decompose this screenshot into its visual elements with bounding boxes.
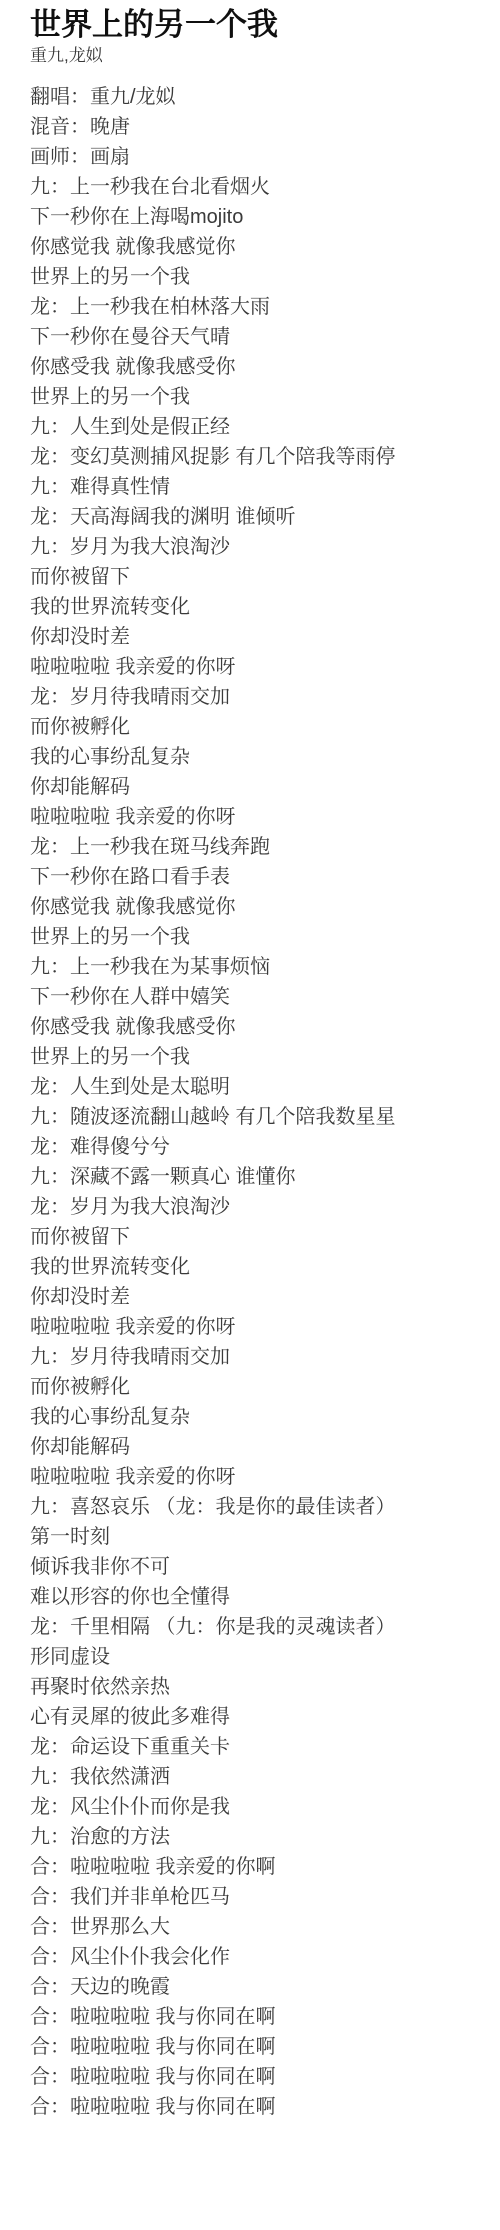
lyric-line: 世界上的另一个我 — [30, 382, 480, 412]
lyric-line: 再聚时依然亲热 — [30, 1672, 480, 1702]
lyric-line: 下一秒你在人群中嬉笑 — [30, 982, 480, 1012]
lyric-line: 龙：岁月待我晴雨交加 — [30, 682, 480, 712]
lyric-line: 合：啦啦啦啦 我与你同在啊 — [30, 2092, 480, 2122]
lyric-line: 龙：风尘仆仆而你是我 — [30, 1792, 480, 1822]
lyric-line: 难以形容的你也全懂得 — [30, 1582, 480, 1612]
lyric-line: 龙：命运设下重重关卡 — [30, 1732, 480, 1762]
artists-line: 重九,龙姒 — [30, 44, 480, 68]
lyric-line: 九：难得真性情 — [30, 472, 480, 502]
lyrics-list: 翻唱：重九/龙姒混音：晚唐画师：画扇九：上一秒我在台北看烟火下一秒你在上海喝mo… — [30, 82, 480, 2122]
lyric-line: 世界上的另一个我 — [30, 922, 480, 952]
lyric-line: 画师：画扇 — [30, 142, 480, 172]
lyric-line: 九：随波逐流翻山越岭 有几个陪我数星星 — [30, 1102, 480, 1132]
lyric-line: 我的心事纷乱复杂 — [30, 1402, 480, 1432]
lyric-line: 你却没时差 — [30, 622, 480, 652]
lyric-line: 九：上一秒我在为某事烦恼 — [30, 952, 480, 982]
lyric-line: 合：啦啦啦啦 我与你同在啊 — [30, 2002, 480, 2032]
lyric-line: 九：治愈的方法 — [30, 1822, 480, 1852]
lyric-line: 我的世界流转变化 — [30, 1252, 480, 1282]
lyric-line: 龙：岁月为我大浪淘沙 — [30, 1192, 480, 1222]
lyric-line: 你感受我 就像我感受你 — [30, 1012, 480, 1042]
lyric-line: 第一时刻 — [30, 1522, 480, 1552]
lyric-line: 合：我们并非单枪匹马 — [30, 1882, 480, 1912]
lyric-line: 龙：上一秒我在柏林落大雨 — [30, 292, 480, 322]
lyric-line: 下一秒你在路口看手表 — [30, 862, 480, 892]
lyric-line: 九：深藏不露一颗真心 谁懂你 — [30, 1162, 480, 1192]
lyric-line: 啦啦啦啦 我亲爱的你呀 — [30, 1462, 480, 1492]
lyric-line: 翻唱：重九/龙姒 — [30, 82, 480, 112]
page-title: 世界上的另一个我 — [30, 6, 480, 44]
lyric-line: 你感受我 就像我感受你 — [30, 352, 480, 382]
lyric-line: 龙：天高海阔我的渊明 谁倾听 — [30, 502, 480, 532]
lyric-line: 你却能解码 — [30, 1432, 480, 1462]
lyric-line: 你感觉我 就像我感觉你 — [30, 892, 480, 922]
lyric-line: 下一秒你在上海喝mojito — [30, 202, 480, 232]
lyric-line: 形同虚设 — [30, 1642, 480, 1672]
lyric-line: 混音：晚唐 — [30, 112, 480, 142]
lyric-line: 而你被孵化 — [30, 1372, 480, 1402]
lyric-line: 合：风尘仆仆我会化作 — [30, 1942, 480, 1972]
lyric-line: 下一秒你在曼谷天气晴 — [30, 322, 480, 352]
lyric-line: 合：世界那么大 — [30, 1912, 480, 1942]
lyric-line: 你却没时差 — [30, 1282, 480, 1312]
lyric-line: 心有灵犀的彼此多难得 — [30, 1702, 480, 1732]
lyric-line: 我的心事纷乱复杂 — [30, 742, 480, 772]
lyric-line: 合：天边的晚霞 — [30, 1972, 480, 2002]
lyric-line: 合：啦啦啦啦 我与你同在啊 — [30, 2032, 480, 2062]
lyric-line: 而你被留下 — [30, 562, 480, 592]
lyric-line: 龙：千里相隔 （九：你是我的灵魂读者） — [30, 1612, 480, 1642]
lyric-line: 啦啦啦啦 我亲爱的你呀 — [30, 1312, 480, 1342]
lyric-line: 而你被留下 — [30, 1222, 480, 1252]
lyric-line: 合：啦啦啦啦 我与你同在啊 — [30, 2062, 480, 2092]
lyric-line: 世界上的另一个我 — [30, 262, 480, 292]
lyric-line: 你感觉我 就像我感觉你 — [30, 232, 480, 262]
lyric-line: 倾诉我非你不可 — [30, 1552, 480, 1582]
lyric-line: 我的世界流转变化 — [30, 592, 480, 622]
lyric-line: 龙：人生到处是太聪明 — [30, 1072, 480, 1102]
lyric-line: 九：上一秒我在台北看烟火 — [30, 172, 480, 202]
lyric-line: 你却能解码 — [30, 772, 480, 802]
lyric-line: 龙：变幻莫测捕风捉影 有几个陪我等雨停 — [30, 442, 480, 472]
lyric-line: 龙：难得傻兮兮 — [30, 1132, 480, 1162]
lyric-line: 九：喜怒哀乐 （龙：我是你的最佳读者） — [30, 1492, 480, 1522]
lyric-line: 啦啦啦啦 我亲爱的你呀 — [30, 652, 480, 682]
lyric-line: 九：我依然潇洒 — [30, 1762, 480, 1792]
lyric-line: 龙：上一秒我在斑马线奔跑 — [30, 832, 480, 862]
lyric-line: 合：啦啦啦啦 我亲爱的你啊 — [30, 1852, 480, 1882]
lyric-line: 而你被孵化 — [30, 712, 480, 742]
lyric-line: 九：岁月为我大浪淘沙 — [30, 532, 480, 562]
lyric-line: 啦啦啦啦 我亲爱的你呀 — [30, 802, 480, 832]
lyric-line: 九：人生到处是假正经 — [30, 412, 480, 442]
lyric-line: 九：岁月待我晴雨交加 — [30, 1342, 480, 1372]
lyric-line: 世界上的另一个我 — [30, 1042, 480, 1072]
